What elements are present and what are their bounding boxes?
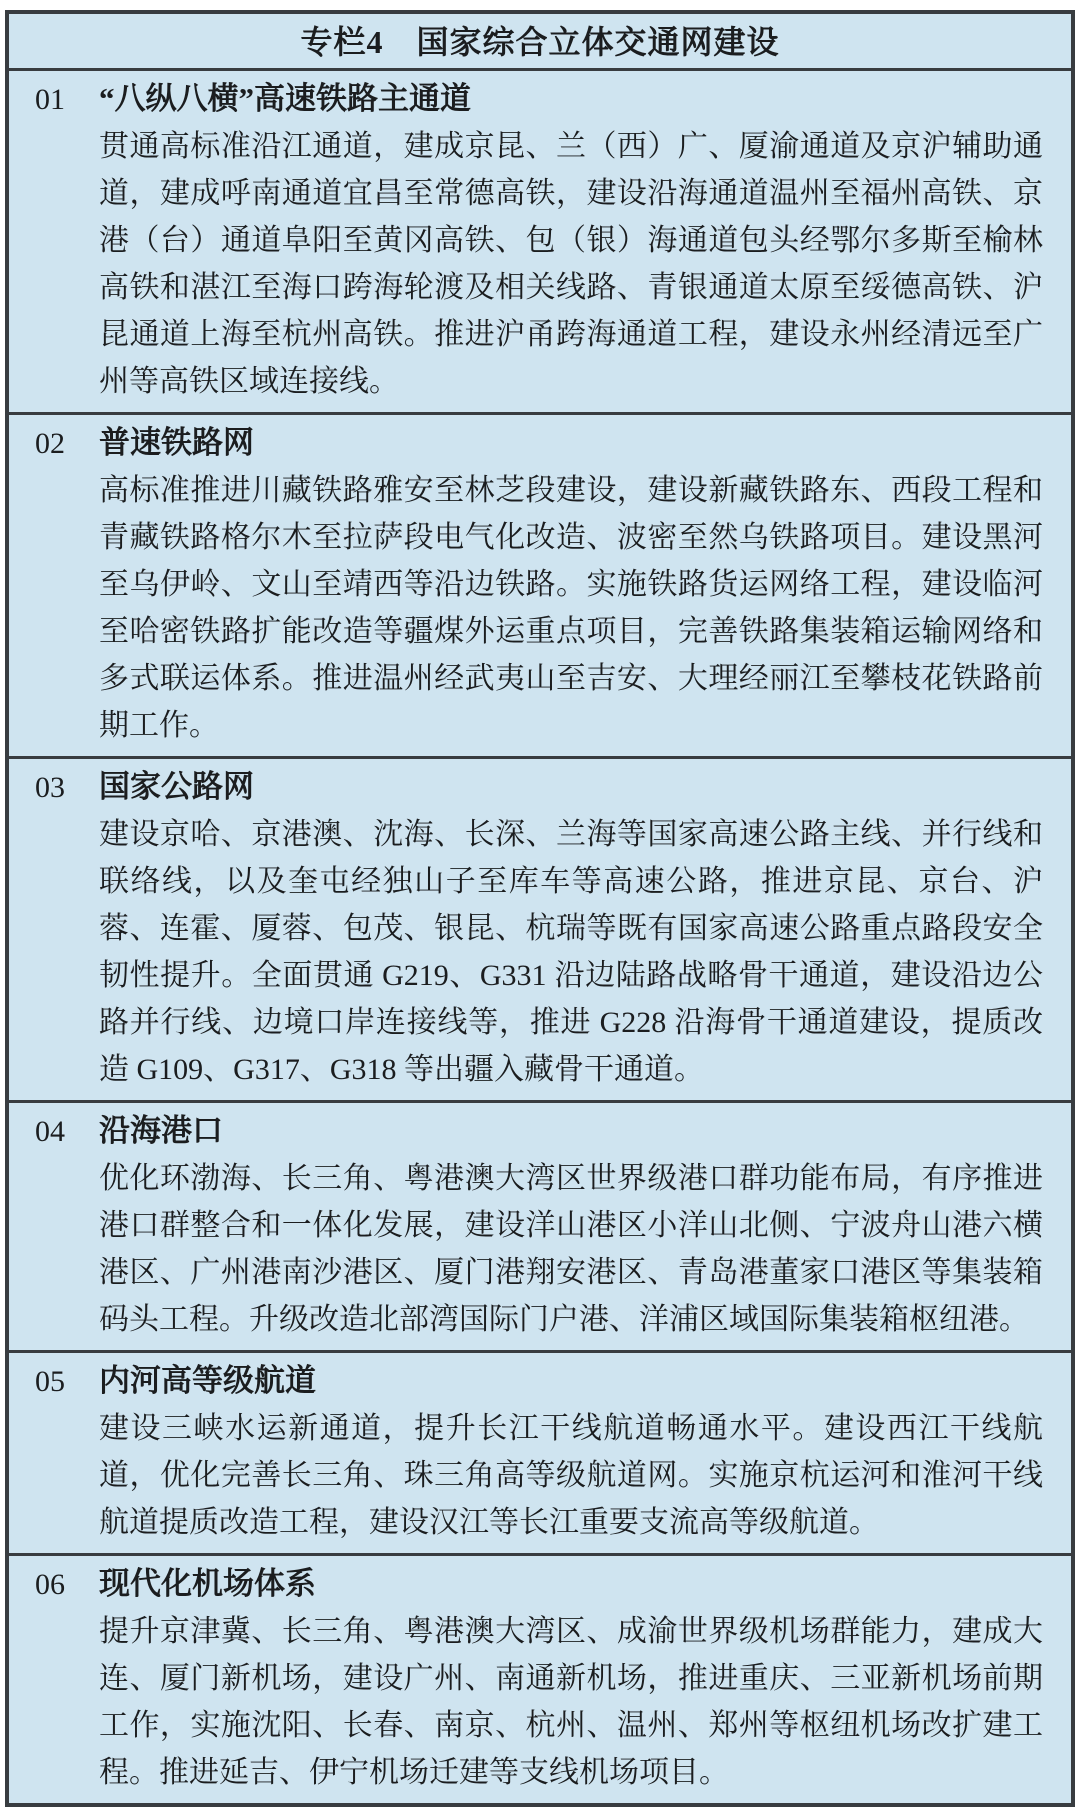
section-body-text: 优化环渤海、长三角、粤港澳大湾区世界级港口群功能布局，有序推进港口群整合和一体化… bbox=[99, 1155, 1043, 1343]
section-body-text: 提升京津冀、长三角、粤港澳大湾区、成渝世界级机场群能力，建成大连、厦门新机场，建… bbox=[99, 1608, 1043, 1796]
section-body-text: 高标准推进川藏铁路雅安至林芝段建设，建设新藏铁路东、西段工程和青藏铁路格尔木至拉… bbox=[99, 467, 1043, 749]
section-number: 05 bbox=[35, 1358, 99, 1405]
section-number: 01 bbox=[35, 76, 99, 123]
section-number: 04 bbox=[35, 1108, 99, 1155]
section-header: 03 国家公路网 bbox=[35, 763, 1043, 811]
section-national-highway: 03 国家公路网 建设京哈、京港澳、沈海、长深、兰海等国家高速公路主线、并行线和… bbox=[9, 759, 1071, 1103]
column-box: 专栏4 国家综合立体交通网建设 01 “八纵八横”高速铁路主通道 贯通高标准沿江… bbox=[5, 10, 1075, 1807]
section-heading: 沿海港口 bbox=[99, 1107, 223, 1154]
section-body-text: 建设京哈、京港澳、沈海、长深、兰海等国家高速公路主线、并行线和联络线，以及奎屯经… bbox=[99, 811, 1043, 1093]
column-box-title: 专栏4 国家综合立体交通网建设 bbox=[9, 14, 1071, 71]
section-number: 02 bbox=[35, 420, 99, 467]
section-heading: 普速铁路网 bbox=[99, 419, 254, 466]
section-number: 06 bbox=[35, 1561, 99, 1608]
section-heading: “八纵八横”高速铁路主通道 bbox=[99, 75, 471, 122]
section-high-speed-rail: 01 “八纵八横”高速铁路主通道 贯通高标准沿江通道，建成京昆、兰（西）广、厦渝… bbox=[9, 71, 1071, 415]
section-header: 06 现代化机场体系 bbox=[35, 1560, 1043, 1608]
section-header: 01 “八纵八横”高速铁路主通道 bbox=[35, 75, 1043, 123]
section-header: 04 沿海港口 bbox=[35, 1107, 1043, 1155]
section-heading: 现代化机场体系 bbox=[99, 1560, 316, 1607]
section-inland-waterways: 05 内河高等级航道 建设三峡水运新通道，提升长江干线航道畅通水平。建设西江干线… bbox=[9, 1353, 1071, 1556]
section-header: 02 普速铁路网 bbox=[35, 419, 1043, 467]
section-coastal-ports: 04 沿海港口 优化环渤海、长三角、粤港澳大湾区世界级港口群功能布局，有序推进港… bbox=[9, 1103, 1071, 1353]
section-heading: 国家公路网 bbox=[99, 763, 254, 810]
section-body-text: 建设三峡水运新通道，提升长江干线航道畅通水平。建设西江干线航道，优化完善长三角、… bbox=[99, 1405, 1043, 1546]
section-airport-system: 06 现代化机场体系 提升京津冀、长三角、粤港澳大湾区、成渝世界级机场群能力，建… bbox=[9, 1556, 1071, 1803]
section-heading: 内河高等级航道 bbox=[99, 1357, 316, 1404]
section-body-text: 贯通高标准沿江通道，建成京昆、兰（西）广、厦渝通道及京沪辅助通道，建成呼南通道宜… bbox=[99, 123, 1043, 405]
section-number: 03 bbox=[35, 764, 99, 811]
section-header: 05 内河高等级航道 bbox=[35, 1357, 1043, 1405]
section-conventional-rail: 02 普速铁路网 高标准推进川藏铁路雅安至林芝段建设，建设新藏铁路东、西段工程和… bbox=[9, 415, 1071, 759]
